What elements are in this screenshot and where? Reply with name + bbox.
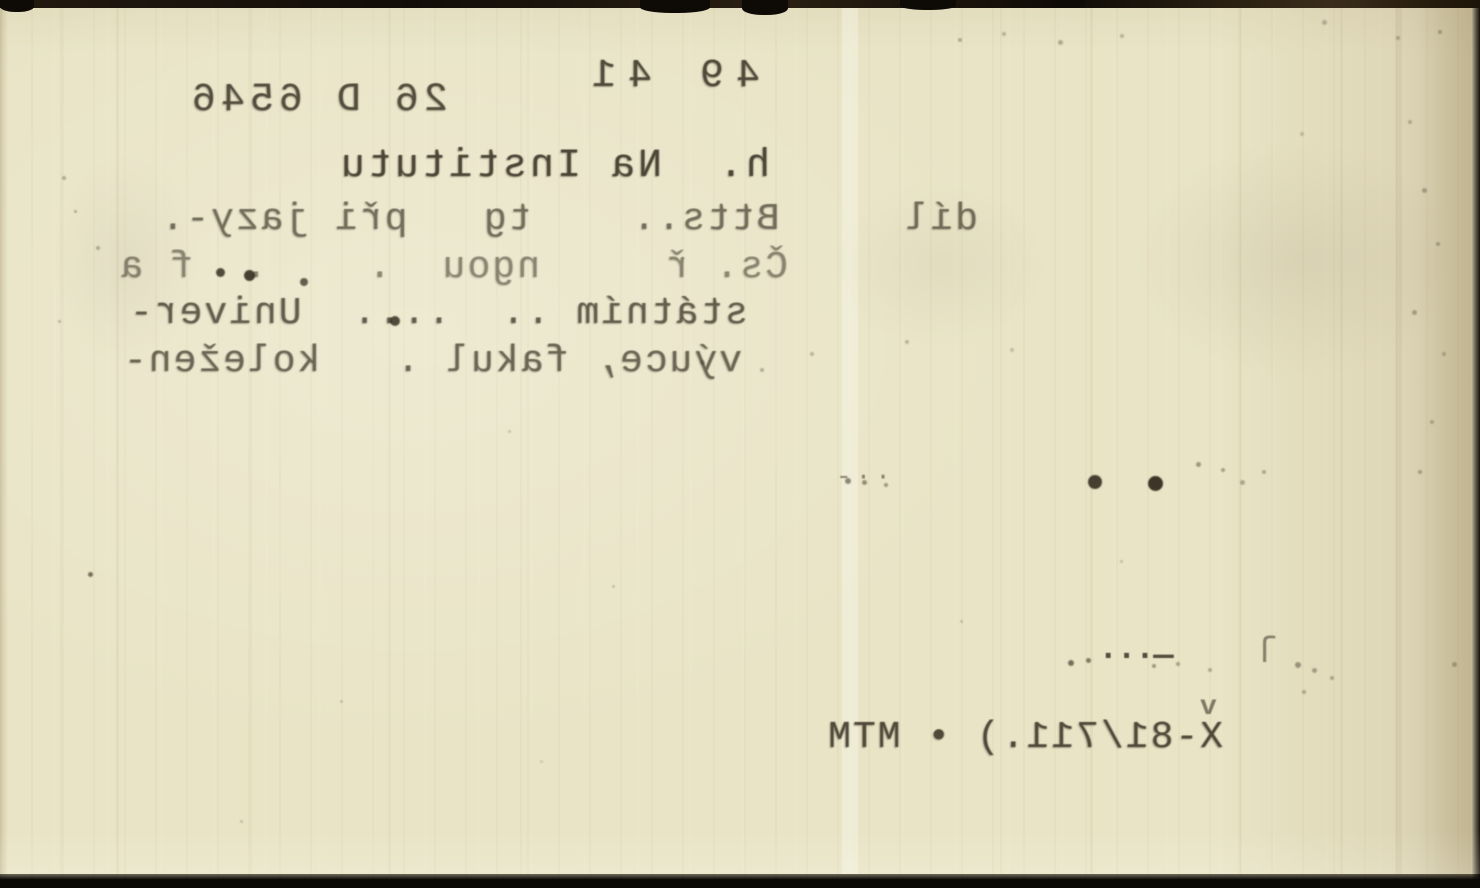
ink-speckle xyxy=(1120,560,1123,563)
paper-streak xyxy=(60,8,62,874)
ink-speckle xyxy=(1208,668,1212,672)
ink-mark-hook: ſ xyxy=(1256,632,1278,673)
film-edge-blob xyxy=(0,0,34,12)
typed-line-body-1: díl Btts.. tg při jazy-. xyxy=(158,196,978,244)
ink-mark-dash-dots: -·· xyxy=(836,462,895,492)
scanned-document: 49 41 26 D 6546 h. Na Institutu díl Btts… xyxy=(0,0,1480,888)
ink-speckle xyxy=(96,246,100,250)
ink-speckle xyxy=(1148,476,1163,491)
card-right-warm-edge xyxy=(1417,0,1471,888)
ink-speckle xyxy=(612,585,615,588)
paper-streak xyxy=(1238,8,1241,874)
card-bottom-light-band xyxy=(0,830,1480,874)
typed-line-body-4: výuce, fakul . koležen- xyxy=(112,338,742,386)
film-edge-blob xyxy=(640,0,710,13)
ink-speckle xyxy=(1452,662,1457,667)
ink-speckle xyxy=(1438,30,1442,34)
ink-speckle xyxy=(88,572,93,577)
ink-speckle xyxy=(760,368,764,372)
ink-speckle xyxy=(1442,352,1446,356)
typed-line-reference: X-81/711.) • MTM xyxy=(815,714,1223,762)
ink-speckle xyxy=(340,700,343,703)
ink-speckle xyxy=(1120,34,1124,38)
typed-line-heading: h. Na Institutu xyxy=(300,142,770,192)
ink-speckle xyxy=(1412,310,1417,315)
paper-streak xyxy=(388,8,391,874)
ink-speckle xyxy=(1300,132,1304,136)
film-edge-blob xyxy=(742,0,788,15)
ink-mark-check: v xyxy=(1200,692,1217,723)
ink-speckle xyxy=(1176,662,1180,666)
typed-line-body-3: státním .. .... Univer- xyxy=(108,290,748,338)
paper-streak xyxy=(250,8,252,874)
film-edge-bottom xyxy=(0,874,1480,888)
ink-speckle xyxy=(1295,662,1301,668)
film-edge-blob xyxy=(900,0,956,10)
ink-speckle xyxy=(1262,470,1266,474)
ink-speckle xyxy=(1312,668,1317,673)
ink-speckle xyxy=(1422,188,1427,193)
ink-speckle xyxy=(74,210,77,213)
ink-speckle xyxy=(1088,475,1102,489)
film-edge-top xyxy=(0,0,1480,8)
ink-speckle xyxy=(1330,676,1334,680)
ink-speckle xyxy=(1430,420,1434,424)
ink-speckle xyxy=(1196,462,1201,467)
ink-speckle xyxy=(58,320,61,323)
ink-speckle xyxy=(1436,242,1440,246)
paper-texture xyxy=(0,0,1480,888)
card-right-edge xyxy=(1471,0,1480,888)
ink-speckle xyxy=(810,352,814,356)
ink-speckle xyxy=(1002,32,1006,36)
ink-speckle xyxy=(1396,36,1400,40)
ink-speckle xyxy=(508,430,511,433)
ink-speckle xyxy=(960,620,963,623)
paper-streak xyxy=(1396,8,1402,874)
paper-streak xyxy=(520,8,522,874)
typed-line-call-number: 26 D 6546 xyxy=(170,76,448,126)
ink-speckle xyxy=(1302,690,1306,694)
ink-speckle xyxy=(1418,470,1422,474)
film-edge-blob xyxy=(1055,0,1085,8)
paper-streak xyxy=(116,8,119,874)
ink-speckle xyxy=(1240,480,1245,485)
ink-speckle xyxy=(1221,468,1225,472)
ink-speckle xyxy=(1068,660,1074,666)
card-left-edge xyxy=(0,0,8,888)
typed-line-body-2: Čs. ř ngou . . f a xyxy=(108,244,788,292)
ink-smudge xyxy=(1130,140,1460,380)
ink-speckle xyxy=(905,340,909,344)
paper-streak xyxy=(1340,8,1343,874)
ink-mark-heavy-dash: ···— xyxy=(1098,638,1172,676)
ink-speckle xyxy=(1322,20,1327,25)
ink-speckle xyxy=(958,38,962,42)
ink-speckle xyxy=(240,820,243,823)
ink-speckle xyxy=(540,760,543,763)
ink-speckle xyxy=(1408,120,1412,124)
ink-speckle xyxy=(1086,658,1091,663)
ink-speckle xyxy=(62,176,66,180)
ink-speckle xyxy=(1058,40,1063,45)
typed-line-top-number: 49 41 xyxy=(555,52,760,102)
ink-speckle xyxy=(1010,348,1014,352)
scan-vignette xyxy=(0,0,1480,888)
